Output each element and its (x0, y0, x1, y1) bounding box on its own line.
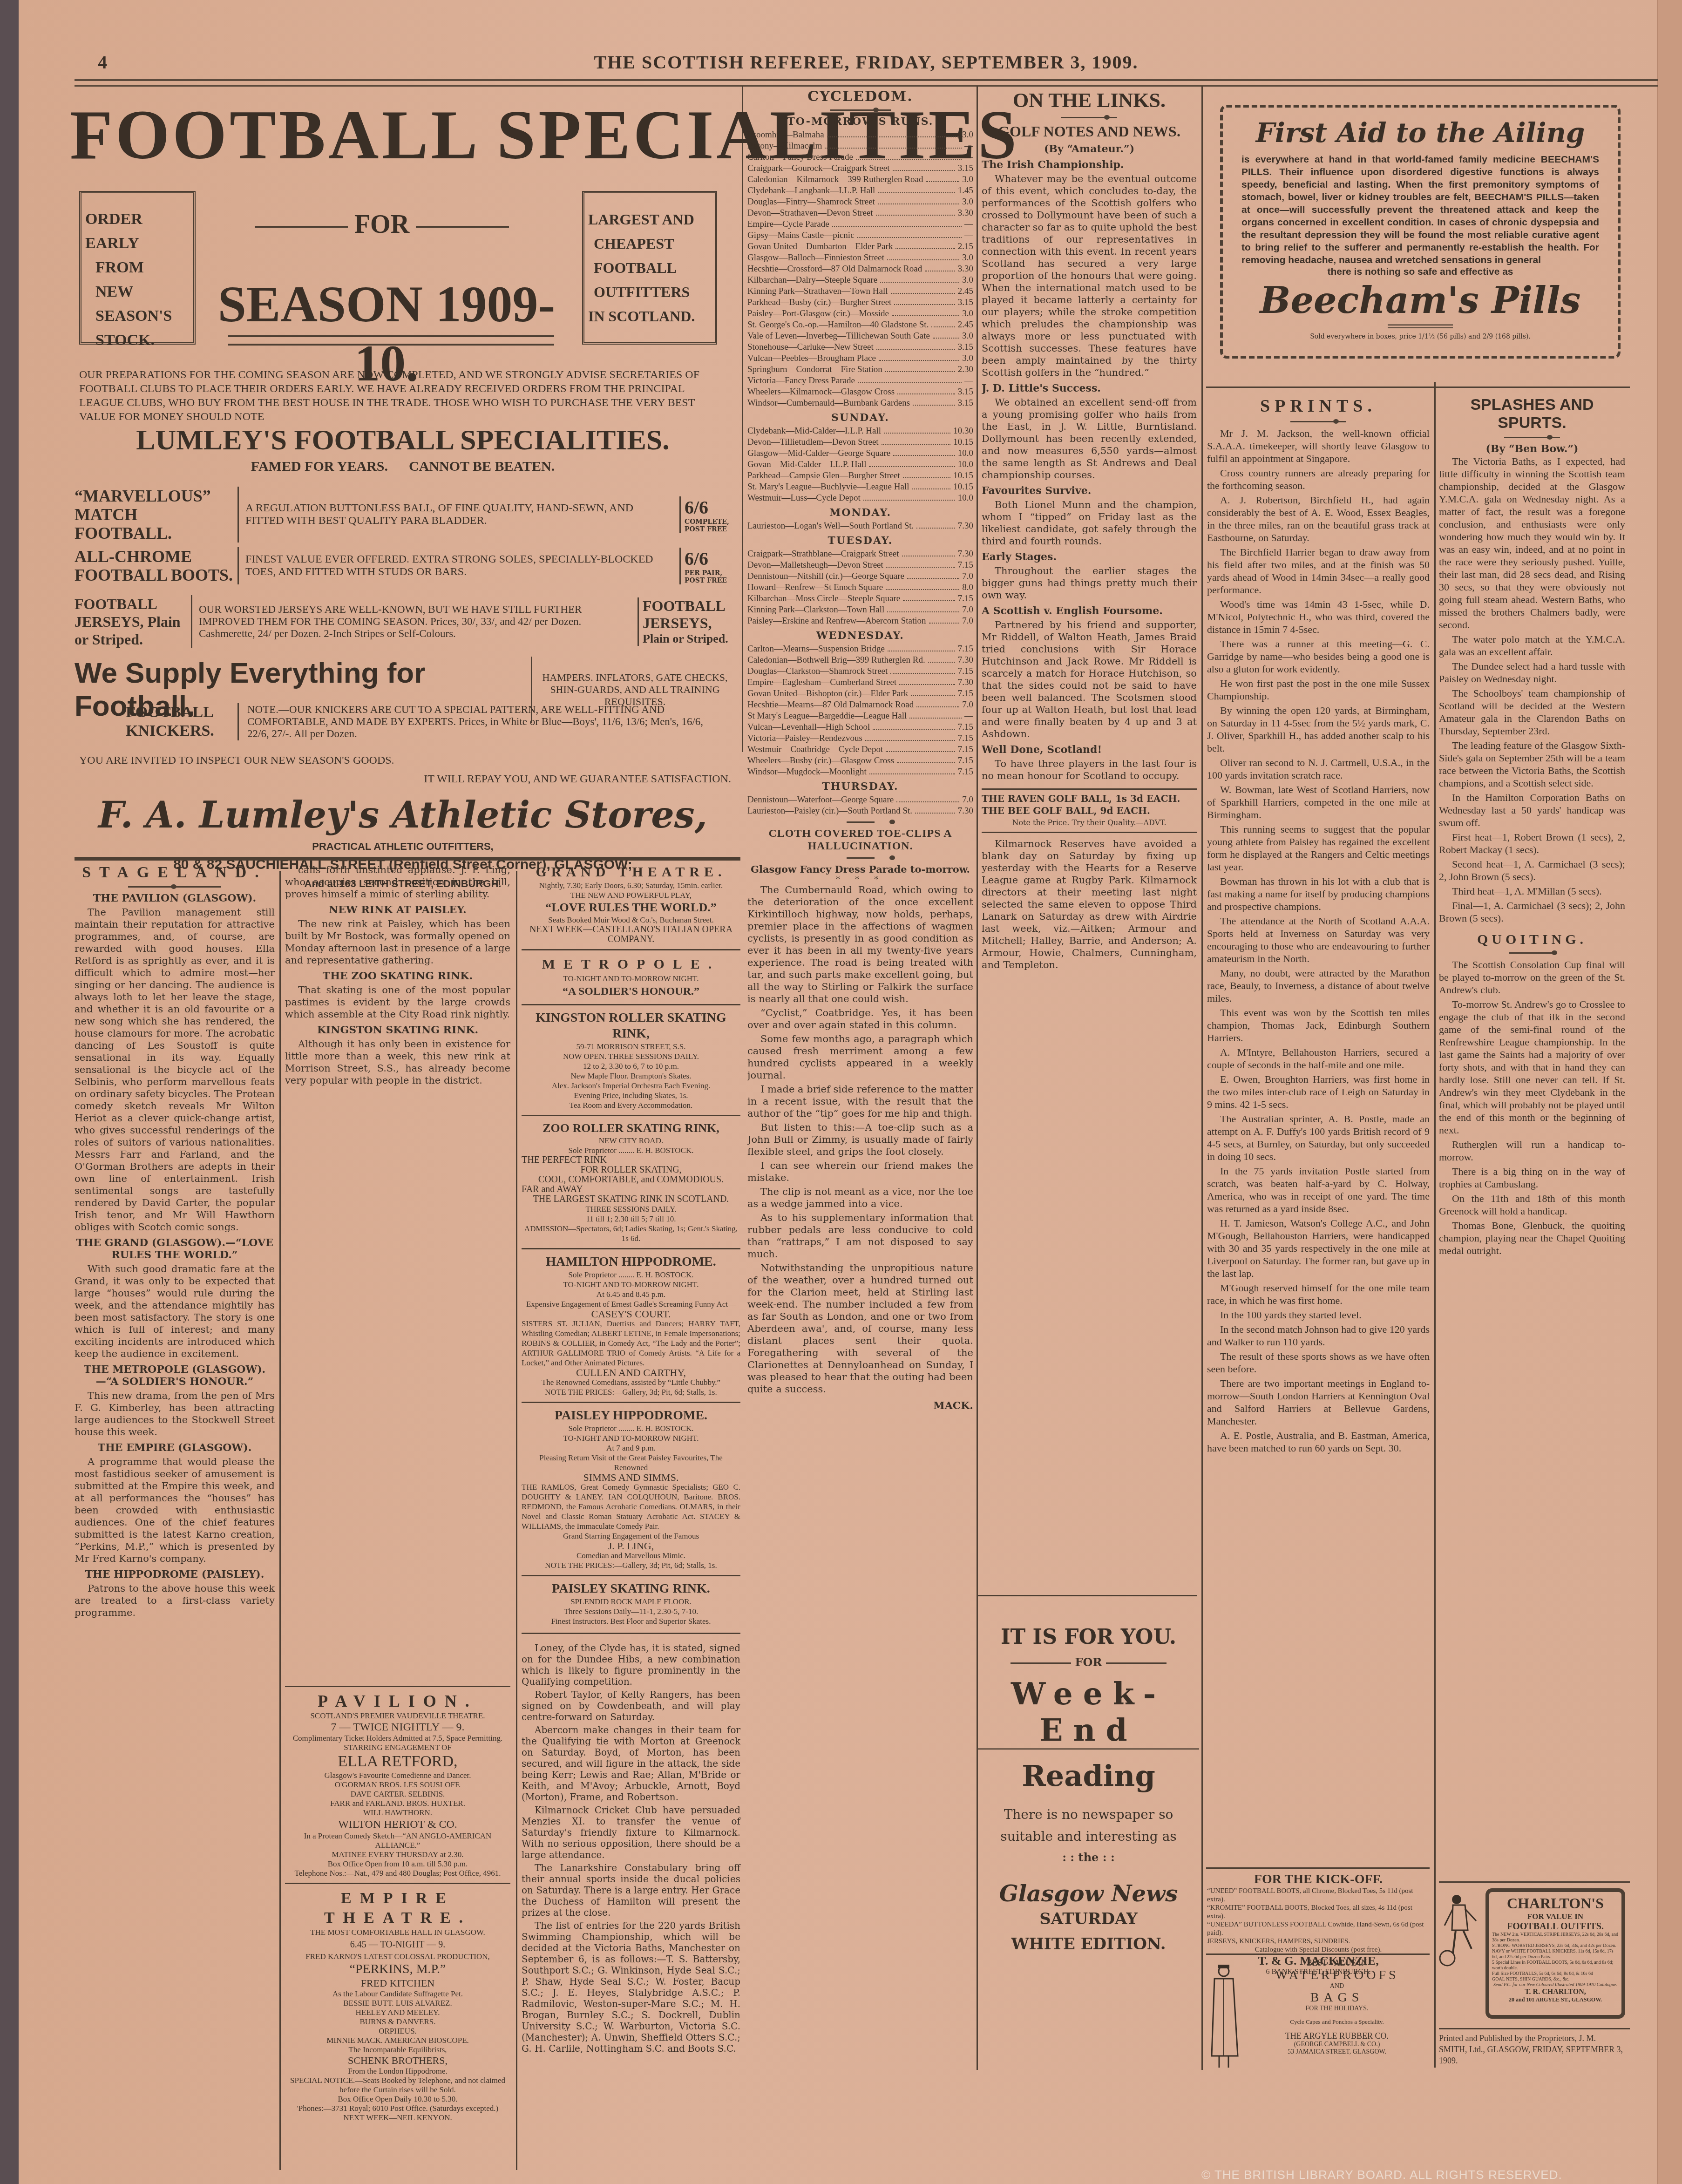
box-line: CHEAPEST (588, 231, 711, 256)
run-route: Carlton—Mearns—Suspension Bridge (747, 644, 885, 655)
ad-line: As the Labour Candidate Suffragette Pet. (285, 1989, 510, 1999)
splashes-body: The Victoria Baths, as I expected, had l… (1439, 455, 1625, 924)
run-route: Vale of Leven—Inverbeg—Tillichewan South… (747, 331, 930, 342)
article-paragraph: There is a big thing on in the way of tr… (1439, 1165, 1625, 1190)
run-row: Barony—Kilmacolm— (747, 141, 973, 152)
stageland-continued: calls forth unstinted applause. J. P. Li… (285, 864, 510, 1683)
run-row: Broomhill—Balmaha3.0 (747, 129, 973, 141)
run-row: Gipsy—Mains Castle—picnic— (747, 230, 973, 241)
article-paragraph: As to his supplementary information that… (747, 1212, 973, 1260)
run-time: 10.0 (958, 459, 973, 470)
note-paragraph: Abercorn make changes in their team for … (522, 1724, 740, 1803)
ad-line: At 7 and 9 p.m. (522, 1443, 740, 1453)
ad-line: THE MOST COMFORTABLE HALL IN GLASGOW. (285, 1928, 510, 1937)
article-paragraph: The new rink at Paisley, which has been … (285, 918, 510, 966)
ad-line: FARR and FARLAND. BROS. HUXTER. (285, 1799, 510, 1808)
ad-line: ADMISSION—Spectators, 6d; Ladies Skating… (522, 1224, 740, 1243)
stageland-column: STAGELAND. THE PAVILION (GLASGOW). The P… (75, 864, 275, 2168)
golf-ball-ad: THE RAVEN GOLF BALL, 1s 3d EACH. (982, 793, 1197, 805)
product-price: 6/6 (685, 496, 731, 518)
article-paragraph: E. Owen, Broughton Harriers, was first h… (1207, 1073, 1430, 1111)
run-row: Kinning Park—Clarkston—Town Hall7.0 (747, 604, 973, 616)
run-route: Clydebank—Langbank—I.L.P. Hall (747, 185, 875, 197)
ad-body: is everywhere at hand in that world-fame… (1241, 153, 1599, 266)
run-route: Vulcan—Levenhall—High School (747, 722, 870, 733)
run-time: 7.15 (958, 666, 973, 677)
run-time: 7.15 (958, 593, 973, 604)
golf-body: The Irish Championship. Whatever may be … (982, 159, 1197, 971)
run-row: Paisley—Port-Glasgow (cir.)—Mosside3.0 (747, 308, 973, 319)
ad-title: CHARLTON'S (1492, 1895, 1619, 1912)
day-heading: TO-MORROW'S RUNS. (747, 115, 973, 128)
ad-line: WILTON HERIOT & CO. (285, 1818, 510, 1831)
divider-ornament (1290, 421, 1346, 422)
ad-line: Complimentary Ticket Holders Admitted at… (285, 1734, 510, 1743)
article-paragraph: Throughout the earlier stages the bigger… (982, 565, 1197, 601)
run-row: Kinning Park—Strathaven—Town Hall2.45 (747, 286, 973, 297)
run-row: Craigpark—Strathblane—Craigpark Street7.… (747, 549, 973, 560)
article-heading: The Irish Championship. (982, 159, 1197, 171)
run-row: Vulcan—Peebles—Brougham Place3.0 (747, 353, 973, 364)
price-note: Plain or Striped. (643, 632, 731, 646)
ad-line: GOAL NETS, SHIN GUARDS, &c., &c. (1492, 1977, 1619, 1982)
run-row: Douglas—Fintry—Shamrock Street3.0 (747, 197, 973, 208)
article-paragraph: The Cumbernauld Road, which owing to the… (747, 884, 973, 1005)
run-time: 7.0 (962, 571, 973, 582)
run-route: Devon—Malletsheugh—Devon Street (747, 560, 883, 571)
ad-line: BESSIE BUTT. LUIS ALVAREZ. (285, 1999, 510, 2008)
ad-line: CULLEN AND CARTHY, (522, 1368, 740, 1377)
divider-ornament (1509, 952, 1555, 954)
runs-list: TO-MORROW'S RUNS.Broomhill—Balmaha3.0Bar… (747, 115, 973, 817)
ad-title: METROPOLE. (522, 955, 740, 974)
note-paragraph: Robert Taylor, of Kelty Rangers, has bee… (522, 1689, 740, 1723)
section-rule (75, 857, 740, 861)
ad-line: Expensive Engagement of Ernest Gadle's S… (522, 1299, 740, 1309)
run-route: Kinning Park—Strathaven—Town Hall (747, 286, 888, 297)
article-paragraph: Final—1, A. Carmichael (3 secs); 2, John… (1439, 899, 1625, 924)
run-route: Govan—Mid-Calder—I.L.P. Hall (747, 459, 866, 470)
ad-line: Comedian and Marvellous Mimic. (522, 1551, 740, 1560)
run-row: Hecshtie—Crossford—87 Old Dalmarnock Roa… (747, 264, 973, 275)
ad-firm: (GEORGE CAMPBELL & CO.) (1244, 2041, 1430, 2048)
ad-tagline: FAMED FOR YEARS. CANNOT BE BEATEN. (70, 459, 736, 475)
section-subtitle: GOLF NOTES AND NEWS. (982, 123, 1197, 140)
box-line: FROM (85, 256, 190, 280)
run-route: Westmuir—Coatbridge—Cycle Depot (747, 744, 883, 755)
run-time: — (964, 152, 973, 163)
run-route: Dennistoun—Nitshill (cir.)—George Square (747, 571, 904, 582)
printer-imprint: Printed and Published by the Proprietors… (1439, 2033, 1625, 2066)
entertainment-ads-column: GRAND THEATRE. Nightly, 7.30; Early Door… (522, 864, 740, 2056)
product-price: 6/6 (685, 548, 731, 570)
ad-line: AND (1244, 1983, 1430, 1990)
run-time: 3.15 (958, 297, 973, 308)
ad-title: FOR THE KICK-OFF. (1207, 1872, 1430, 1887)
article-heading: THE EMPIRE (GLASGOW). (75, 1442, 275, 1454)
ad-line: FOR THE HOLIDAYS. (1244, 2005, 1430, 2013)
ad-line: “A SOLDIER'S HONOUR.” (522, 983, 740, 999)
section-rule (978, 1595, 1197, 1596)
ad-line: NOW OPEN. THREE SESSIONS DAILY. (522, 1051, 740, 1061)
ad-address: 20 and 101 ARGYLE ST., GLASGOW. (1492, 1996, 1619, 2003)
run-row: Westmuir—Coatbridge—Cycle Depot7.15 (747, 744, 973, 755)
scan-right-edge (1657, 0, 1682, 2184)
article-heading: Early Stages. (982, 551, 1197, 563)
article-paragraph: M'Gough reserved himself for the one mil… (1207, 1282, 1430, 1307)
run-row: St Mary's League—Bargeddie—League Hall— (747, 711, 973, 722)
product-price-block: 6/6 COMPLETE, POST FREE (679, 496, 731, 533)
divider-ornament (830, 109, 891, 111)
article-paragraph: To-morrow St. Andrew's go to Crosslee to… (1439, 998, 1625, 1136)
article-paragraph: This running seems to suggest that the p… (1207, 823, 1430, 873)
order-early-box: ORDER EARLY FROM NEW SEASON'S STOCK. (79, 191, 196, 345)
run-route: Gipsy—Mains Castle—picnic (747, 230, 855, 241)
ad-line: NAVY or WHITE FOOTBALL KNICKERS, 11s 6d,… (1492, 1949, 1619, 1960)
run-row: Wheelers—Kilmarnock—Glasgow Cross3.15 (747, 387, 973, 398)
article-paragraph: A programme that would please the most f… (75, 1456, 275, 1565)
run-time: 10.30 (953, 426, 973, 437)
ad-line: The NEW 2in. VERTICAL STRIPE JERSEYS, 22… (1492, 1932, 1619, 1943)
run-route: Howard—Renfrew—St Enoch Square (747, 582, 883, 593)
ad-line: Tea Room and Every Accommodation. (522, 1100, 740, 1110)
run-route: Craigpark—Gourock—Craigpark Street (747, 163, 890, 174)
article-paragraph: Cross country runners are already prepar… (1207, 467, 1430, 492)
run-time: 7.15 (958, 733, 973, 744)
run-row: Empire—Cycle Parade— (747, 219, 973, 230)
article-paragraph: Both Lionel Munn and the champion, whom … (982, 499, 1197, 547)
article-paragraph: Although it has only been in existence f… (285, 1038, 510, 1086)
day-heading: THURSDAY. (747, 780, 973, 793)
run-route: Carlton—Fancy Dress Parade (747, 152, 853, 163)
section-rule (1439, 2028, 1630, 2029)
run-route: St Mary's League—Bargeddie—League Hall (747, 711, 907, 722)
author-signature: MACK. (747, 1400, 973, 1412)
sprints-column: SPRINTS. Mr J. M. Jackson, the well-know… (1207, 396, 1430, 1863)
ad-line: “PERKINS, M.P.” (285, 1961, 510, 1977)
run-row: Windsor—Cumbernauld—Burnbank Gardens3.15 (747, 398, 973, 409)
ad-invite: YOU ARE INVITED TO INSPECT OUR NEW SEASO… (79, 754, 394, 767)
run-route: Craigpark—Strathblane—Craigpark Street (747, 549, 899, 560)
day-heading: SUNDAY. (747, 412, 973, 424)
run-time: 8.0 (962, 582, 973, 593)
ad-headline: Reading (978, 1759, 1199, 1793)
article-paragraph: Wood's time was 14min 43 1-5sec, while D… (1207, 598, 1430, 636)
run-row: Clydebank—Langbank—I.L.P. Hall1.45 (747, 185, 973, 197)
article-paragraph: He won first past the post in the one mi… (1207, 677, 1430, 702)
pavilion-advertisement: PAVILION. SCOTLAND'S PREMIER VAUDEVILLE … (285, 1686, 510, 2123)
run-route: Caledonian—Kilmarnock—399 Rutherglen Roa… (747, 174, 923, 185)
run-row: Devon—Strathaven—Devon Street3.30 (747, 208, 973, 219)
cycledom-column: CYCLEDOM. TO-MORROW'S RUNS.Broomhill—Bal… (747, 88, 973, 2077)
run-time: 7.0 (962, 699, 973, 711)
article-paragraph: H. T. Jamieson, Watson's College A.C., a… (1207, 1217, 1430, 1280)
run-row: Devon—Tillietudlem—Devon Street10.15 (747, 437, 973, 448)
run-time: 3.30 (958, 208, 973, 219)
ad-line: New Maple Floor. Brampton's Skates. (522, 1071, 740, 1081)
run-route: St. Mary's League—Buchlyvie—League Hall (747, 482, 909, 493)
run-row: Westmuir—Luss—Cycle Depot10.0 (747, 493, 973, 504)
section-rule (1439, 1881, 1630, 1883)
run-time: 3.0 (962, 308, 973, 319)
article-heading: THE ZOO SKATING RINK. (285, 970, 510, 982)
run-row: Laurieston—Logan's Well—South Portland S… (747, 521, 973, 532)
article-paragraph: The Australian sprinter, A. B. Postle, m… (1207, 1112, 1430, 1163)
run-row: Hecshtie—Mearns—87 Old Dalmarnock Road7.… (747, 699, 973, 711)
ad-intro: OUR PREPARATIONS FOR THE COMING SEASON A… (79, 368, 726, 424)
ad-line: suitable and interesting as (978, 1829, 1199, 1844)
article-paragraph: Some few months ago, a paragraph which c… (747, 1033, 973, 1081)
ad-line: Three Sessions Daily—11-1, 2.30-5, 7-10. (522, 1607, 740, 1616)
ad-line: THE NEW AND POWERFUL PLAY, (522, 890, 740, 900)
box-line: LARGEST AND (588, 207, 711, 231)
run-time: 7.15 (958, 560, 973, 571)
ad-line: SISTERS ST. JULIAN, Duettists and Dancer… (522, 1319, 740, 1368)
football-icon (1440, 1951, 1455, 1966)
product-row: FOOTBALL JERSEYS, Plain or Striped. OUR … (75, 591, 731, 652)
box-line: OUTFITTERS (588, 280, 711, 304)
product-row: “MARVELLOUS” MATCH FOOTBALL. A REGULATIO… (75, 489, 731, 540)
article-paragraph: Many, no doubt, were attracted by the Ma… (1207, 967, 1430, 1004)
article-paragraph: The Victoria Baths, as I expected, had l… (1439, 455, 1625, 631)
run-time: 3.0 (962, 174, 973, 185)
article-paragraph: Second heat—1, A. Carmichael (3 secs); 2… (1439, 858, 1625, 883)
run-route: Wheelers—Kilmarnock—Glasgow Cross (747, 387, 895, 398)
run-time: 7.15 (958, 644, 973, 655)
run-time: 10.15 (953, 470, 973, 482)
run-time: 7.30 (958, 521, 973, 532)
run-row: Caledonian—Kilmarnock—399 Rutherglen Roa… (747, 174, 973, 185)
article-heading: NEW RINK AT PAISLEY. (285, 904, 510, 916)
run-row: Stonehouse—Carluke—New Street3.15 (747, 342, 973, 353)
article-heading: Favourites Survive. (982, 485, 1197, 497)
run-route: St. George's Co.-op.—Hamilton—40 Gladsto… (747, 319, 929, 331)
article-paragraph: There are two important meetings in Engl… (1207, 1377, 1430, 1427)
day-heading: TUESDAY. (747, 535, 973, 547)
masthead-rule (75, 79, 1658, 87)
run-route: Clydebank—Mid-Calder—I.L.P. Hall (747, 426, 881, 437)
box-line: ORDER EARLY (85, 207, 190, 256)
ad-line: At 6.45 and 8.45 p.m. (522, 1289, 740, 1299)
section-title: SPRINTS. (1207, 396, 1430, 416)
ad-line: The Renowned Comedians, assisted by “Lit… (522, 1377, 740, 1387)
ad-line: FOR ROLLER SKATING, (522, 1165, 740, 1175)
run-row: Dennistoun—Nitshill (cir.)—George Square… (747, 571, 973, 582)
article-paragraph: There was a runner at this meeting—G. C.… (1207, 638, 1430, 675)
brand-name: Beecham's Pills (1241, 278, 1599, 324)
ad-line: “KROMITE” FOOTBALL BOOTS, Blocked Toes, … (1207, 1904, 1430, 1920)
golf-ball-ad-note: Note the Price. Try their Quality.—ADVT. (982, 817, 1197, 829)
football-notes: Loney, of the Clyde has, it is stated, s… (522, 1642, 740, 2054)
run-row: Kilbarchan—Moss Circle—Steeple Square7.1… (747, 593, 973, 604)
run-time: 3.0 (962, 197, 973, 208)
section-title: ON THE LINKS. (982, 88, 1197, 112)
article-paragraph: The Dundee select had a hard tussle with… (1439, 660, 1625, 685)
run-time: — (964, 219, 973, 230)
price-note: COMPLETE, POST FREE (685, 518, 731, 533)
ad-subheadline: LUMLEY'S FOOTBALL SPECIALITIES. (70, 424, 736, 457)
run-route: Empire—Cycle Parade (747, 219, 829, 230)
ad-line: TO-NIGHT AND TO-MORROW NIGHT. (522, 1280, 740, 1289)
ad-line: DAVE CARTER. SELBINIS. (285, 1790, 510, 1799)
article-paragraph: I made a brief side reference to the mat… (747, 1083, 973, 1119)
ad-line: “UNEED” FOOTBALL BOOTS, all Chrome, Bloc… (1207, 1887, 1430, 1904)
run-route: Kinning Park—Clarkston—Town Hall (747, 604, 884, 616)
run-time: — (964, 711, 973, 722)
ad-line: Telephone Nos.:—Nat., 479 and 480 Dougla… (285, 1869, 510, 1878)
article-paragraph: Whatever may be the eventual outcome of … (982, 173, 1197, 379)
for-label: FOR (219, 210, 545, 239)
run-time: 7.30 (958, 677, 973, 688)
run-time: 7.15 (958, 744, 973, 755)
edition-line: SATURDAY (978, 1910, 1199, 1928)
article-paragraph: By winning the open 120 yards, at Birmin… (1207, 704, 1430, 754)
run-time: 10.15 (953, 437, 973, 448)
run-row: Empire—Eaglesham—Cumberland Street7.30 (747, 677, 973, 688)
box-line: IN SCOTLAND. (588, 304, 711, 328)
ad-subtitle: FOOTBALL OUTFITS. (1492, 1921, 1619, 1932)
run-route: Douglas—Fintry—Shamrock Street (747, 197, 875, 208)
run-time: — (964, 375, 973, 387)
article-paragraph: Thomas Bone, Glenbuck, the quoiting cham… (1439, 1219, 1625, 1257)
ad-line: Alex. Jackson's Imperial Orchestra Each … (522, 1081, 740, 1091)
run-time: 3.0 (962, 353, 973, 364)
run-route: Hecshtie—Mearns—87 Old Dalmarnock Road (747, 699, 914, 711)
run-route: Springburn—Condorrat—Fire Station (747, 364, 882, 375)
ad-line: FAR and AWAY (522, 1185, 740, 1194)
article-subtitle: Glasgow Fancy Dress Parade to-morrow. (747, 863, 973, 875)
run-row: St. George's Co.-op.—Hamilton—40 Gladsto… (747, 319, 973, 331)
ad-line: Evening Price, including Skates, 1s. (522, 1091, 740, 1100)
run-time: 3.30 (958, 264, 973, 275)
run-time: 7.30 (958, 549, 973, 560)
ad-line: Box Office Open from 10 a.m. till 5.30 p… (285, 1859, 510, 1869)
run-route: Parkhead—Busby (cir.)—Burgher Street (747, 297, 891, 308)
run-time: 2.15 (958, 241, 973, 252)
run-row: St. Mary's League—Buchlyvie—League Hall1… (747, 482, 973, 493)
store-subtitle: PRACTICAL ATHLETIC OUTFITTERS, (70, 841, 736, 853)
run-time: 7.15 (958, 755, 973, 766)
run-row: Victoria—Fancy Dress Parade— (747, 375, 973, 387)
run-time: 2.30 (958, 364, 973, 375)
product-name: FOOTBALL JERSEYS, Plain or Striped. (75, 595, 192, 648)
ad-line: Cycle Capes and Ponchos a Speciality. (1244, 2018, 1430, 2026)
article-paragraph: Patrons to the above house this week are… (75, 1582, 275, 1619)
day-heading: WEDNESDAY. (747, 630, 973, 642)
run-row: Kilbarchan—Dalry—Steeple Square3.0 (747, 275, 973, 286)
ad-line: NEXT WEEK—CASTELLANO'S ITALIAN OPERA COM… (522, 925, 740, 944)
day-heading: MONDAY. (747, 507, 973, 519)
run-route: Kilbarchan—Moss Circle—Steeple Square (747, 593, 900, 604)
ad-line: HEELEY AND MEELEY. (285, 2008, 510, 2017)
run-route: Paisley—Port-Glasgow (cir.)—Mosside (747, 308, 889, 319)
run-route: Devon—Strathaven—Devon Street (747, 208, 873, 219)
ad-line: There is no newspaper so (978, 1807, 1199, 1822)
price-note: PER PAIR, POST FREE (685, 570, 731, 584)
ad-line: SPECIAL NOTICE.—Seats Booked by Telephon… (285, 2076, 510, 2095)
article-heading: THE GRAND (GLASGOW).—“LOVE RULES THE WOR… (75, 1237, 275, 1261)
run-row: Govan—Mid-Calder—I.L.P. Hall10.0 (747, 459, 973, 470)
knickers-row: FOOTBALL KNICKERS. NOTE.—OUR KNICKERS AR… (126, 703, 722, 740)
ad-title: EMPIRE THEATRE. (285, 1889, 510, 1928)
article-paragraph: The attendance at the North of Scotland … (1207, 915, 1430, 965)
article-paragraph: Third heat—1, A. M'Millan (5 secs). (1439, 885, 1625, 897)
product-price-block: FOOTBALL JERSEYS, Plain or Striped. (638, 597, 731, 646)
article-heading: Well Done, Scotland! (982, 744, 1197, 756)
run-route: Douglas—Clarkston—Shamrock Street (747, 666, 888, 677)
ad-line: 59-71 MORRISON STREET, S.S. (522, 1042, 740, 1051)
box-line: SEASON'S (85, 304, 190, 328)
article-heading: J. D. Little's Success. (982, 382, 1197, 394)
article-paragraph: In the second match Johnson had to give … (1207, 1323, 1430, 1348)
run-time: 1.45 (958, 185, 973, 197)
run-time: — (964, 230, 973, 241)
run-route: Paisley—Erskine and Renfrew—Abercorn Sta… (747, 616, 926, 627)
ad-line: WILL HAWTHORN. (285, 1808, 510, 1818)
ad-line: Sole Proprietor ........ E. H. BOSTOCK. (522, 1146, 740, 1155)
run-route: Dennistoun—Waterfoot—George Square (747, 794, 894, 806)
article-paragraph: With such good dramatic fare at the Gran… (75, 1263, 275, 1360)
run-time: 7.0 (962, 794, 973, 806)
run-route: Hecshtie—Crossford—87 Old Dalmarnock Roa… (747, 264, 922, 275)
run-row: Govan United—Bishopton (cir.)—Elder Park… (747, 688, 973, 699)
ad-footer: Sold everywhere in boxes, price 1/1½ (56… (1241, 333, 1599, 340)
run-route: Stonehouse—Carluke—New Street (747, 342, 874, 353)
article-heading: THE METROPOLE (GLASGOW).—“A SOLDIER'S HO… (75, 1363, 275, 1388)
run-time: 3.0 (962, 129, 973, 141)
ad-line: Sole Proprietor ........ E. H. BOSTOCK. (522, 1424, 740, 1433)
article-paragraph: The result of these sports shows as we h… (1207, 1350, 1430, 1375)
splashes-column: SPLASHES AND SPURTS. (By “Ben Bow.”) The… (1439, 396, 1625, 1867)
run-route: Broomhill—Balmaha (747, 129, 824, 141)
run-row: Caledonian—Bothwell Brig—399 Rutherglen … (747, 655, 973, 666)
masthead-title: THE SCOTTISH REFEREE, FRIDAY, SEPTEMBER … (70, 51, 1662, 73)
article-paragraph: The leading feature of the Glasgow Sixth… (1439, 739, 1625, 789)
ad-line: ELLA RETFORD, (285, 1752, 510, 1771)
ad-title: PAVILION. (285, 1691, 510, 1711)
ad-line: “UNEEDA” BUTTONLESS FOOTBALL Cowhide, Ha… (1207, 1920, 1430, 1937)
run-time: 2.45 (958, 319, 973, 331)
ad-line: TO-NIGHT AND TO-MORROW NIGHT. (522, 1433, 740, 1443)
ad-line: THE LARGEST SKATING RINK IN SCOTLAND. (522, 1194, 740, 1204)
run-time: 10.15 (953, 482, 973, 493)
ad-title: PAISLEY SKATING RINK. (522, 1581, 740, 1597)
run-route: Glasgow—Balloch—Finnieston Street (747, 252, 884, 264)
ad-line: Full Size FOOTBALLS, 5s 6d, 6s 6d, 8s 6d… (1492, 1971, 1619, 1977)
column-rule (742, 86, 743, 752)
section-rule (1206, 387, 1630, 388)
run-time: 7.30 (958, 806, 973, 817)
article-paragraph: This event was won by the Scottish ten m… (1207, 1006, 1430, 1044)
run-time: 7.15 (958, 688, 973, 699)
box-line: STOCK. (85, 328, 190, 353)
note-paragraph: Loney, of the Clyde has, it is stated, s… (522, 1642, 740, 1687)
ad-line: 12 to 2, 3.30 to 6, 7 to 10 p.m. (522, 1061, 740, 1071)
article-paragraph: Kilmarnock Reserves have avoided a blank… (982, 838, 1197, 971)
ad-line: : : the : : (978, 1851, 1199, 1864)
ad-line: SIMMS AND SIMMS. (522, 1472, 740, 1482)
product-description: NOTE.—OUR KNICKERS ARE CUT TO A SPECIAL … (239, 704, 722, 740)
article-paragraph: This new drama, from the pen of Mrs F. G… (75, 1390, 275, 1438)
run-row: Laurieston—Paisley (cir.)—South Portland… (747, 806, 973, 817)
product-name: FOOTBALL KNICKERS. (126, 703, 239, 740)
divider-ornament (1061, 117, 1117, 118)
run-route: Westmuir—Luss—Cycle Depot (747, 493, 861, 504)
note-paragraph: The list of entries for the 220 yards Br… (522, 1920, 740, 2054)
article-heading: THE HIPPODROME (PAISLEY). (75, 1568, 275, 1580)
run-time: 7.0 (962, 604, 973, 616)
article-paragraph: Bowman has thrown in his lot with a club… (1207, 875, 1430, 913)
